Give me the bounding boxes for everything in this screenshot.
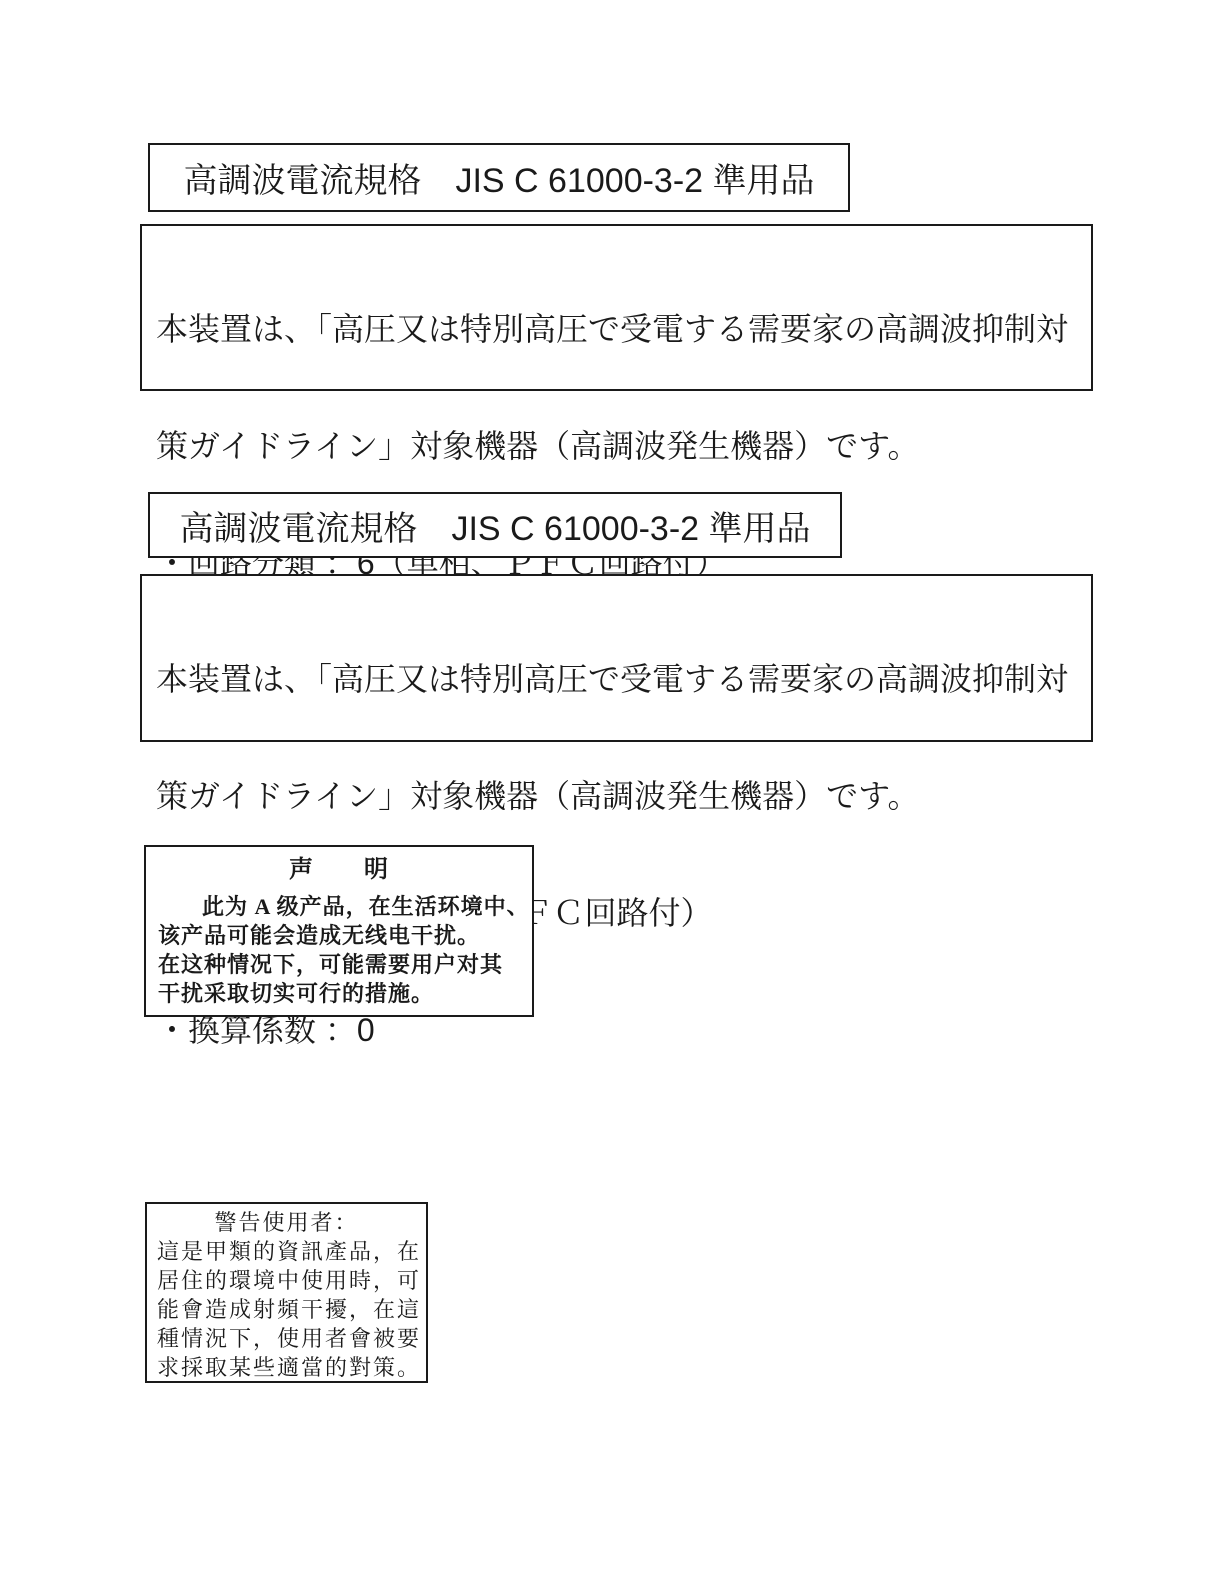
declaration-line-3: 在这种情况下，可能需要用户对其 (158, 950, 520, 979)
warning-line-2: 居住的環境中使用時，可 (157, 1266, 416, 1295)
warning-line-1: 這是甲類的資訊產品，在 (157, 1237, 416, 1266)
declaration-line-1: 此为 A 级产品，在生活环境中、 (158, 892, 520, 921)
notice-body-line-2: 策ガイドライン」対象機器（高調波発生機器）です。 (156, 777, 1077, 816)
warning-line-3: 能會造成射頻干擾，在這 (157, 1295, 416, 1324)
harmonic-standard-title-box-2: 高調波電流規格 JIS C 61000-3-2 準用品 (148, 492, 842, 558)
warning-title: 警告使用者： (157, 1208, 416, 1237)
declaration-line-4: 干扰采取切实可行的措施。 (158, 979, 520, 1008)
harmonic-standard-title-1: 高調波電流規格 JIS C 61000-3-2 準用品 (183, 153, 814, 202)
declaration-title: 声 明 (158, 856, 520, 885)
notice-body-line-2: 策ガイドライン」対象機器（高調波発生機器）です。 (156, 427, 1077, 466)
harmonic-notice-body-box-1: 本装置は、「高圧又は特別高圧で受電する需要家の高調波抑制対 策ガイドライン」対象… (140, 224, 1093, 391)
warning-line-4: 種情況下，使用者會被要 (157, 1324, 416, 1353)
notice-body-line-1: 本装置は、「高圧又は特別高圧で受電する需要家の高調波抑制対 (156, 310, 1077, 349)
china-class-a-declaration-box: 声 明 此为 A 级产品，在生活环境中、 该产品可能会造成无线电干扰。 在这种情… (144, 845, 534, 1017)
harmonic-standard-title-box-1: 高調波電流規格 JIS C 61000-3-2 準用品 (148, 143, 850, 212)
document-page: 高調波電流規格 JIS C 61000-3-2 準用品 本装置は、「高圧又は特別… (0, 0, 1224, 1584)
harmonic-notice-body-box-2: 本装置は、「高圧又は特別高圧で受電する需要家の高調波抑制対 策ガイドライン」対象… (140, 574, 1093, 742)
warning-line-5: 求採取某些適當的對策。 (157, 1353, 416, 1382)
declaration-line-2: 该产品可能会造成无线电干扰。 (158, 921, 520, 950)
notice-body-line-1: 本装置は、「高圧又は特別高圧で受電する需要家の高調波抑制対 (156, 660, 1077, 699)
harmonic-standard-title-2: 高調波電流規格 JIS C 61000-3-2 準用品 (179, 501, 810, 550)
taiwan-class-a-warning-box: 警告使用者： 這是甲類的資訊產品，在 居住的環境中使用時，可 能會造成射頻干擾，… (145, 1202, 428, 1383)
